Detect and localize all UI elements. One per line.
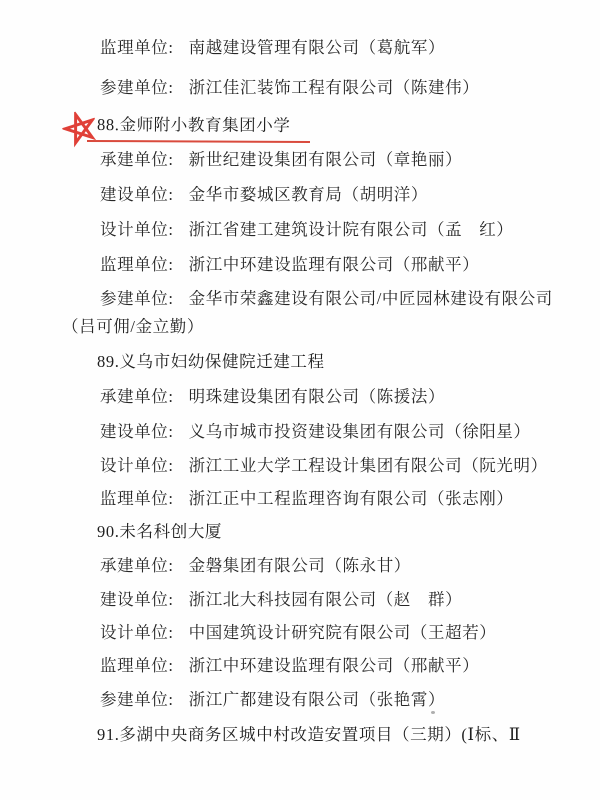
unit-label: 设计单位:: [100, 220, 174, 239]
continuation-line: （吕可佣/金立勤）: [62, 314, 204, 340]
unit-field-row: 承建单位:新世纪建设集团有限公司（章艳丽）: [100, 147, 462, 173]
unit-value: 明珠建设集团有限公司（陈援法）: [189, 387, 446, 406]
unit-field-row: 设计单位:浙江省建工建筑设计院有限公司（孟 红）: [100, 217, 514, 243]
unit-field-row: 建设单位:浙江北大科技园有限公司（赵 群）: [100, 587, 462, 613]
unit-label: 监理单位:: [100, 656, 174, 675]
unit-value: 浙江广都建设有限公司（张艳霄）: [189, 690, 446, 709]
unit-field-row: 建设单位:金华市婺城区教育局（胡明洋）: [100, 182, 428, 208]
unit-field-row: 建设单位:义乌市城市投资建设集团有限公司（徐阳星）: [100, 419, 531, 445]
document-page: 监理单位:南越建设管理有限公司（葛航军） 参建单位:浙江佳汇装饰工程有限公司（陈…: [0, 0, 600, 800]
unit-field-row: 参建单位:金华市荣鑫建设有限公司/中匠园林建设有限公司: [100, 286, 553, 312]
unit-field-row: 监理单位:浙江正中工程监理咨询有限公司（张志刚）: [100, 486, 514, 512]
red-underlined-title: 88.金师附小教育集团小学: [87, 112, 311, 143]
unit-label: 建设单位:: [100, 590, 174, 609]
unit-label: 建设单位:: [100, 185, 174, 204]
unit-label: 参建单位:: [100, 690, 174, 709]
unit-value: 浙江中环建设监理有限公司（邢献平）: [189, 656, 480, 675]
unit-value: 金华市荣鑫建设有限公司/中匠园林建设有限公司: [189, 289, 553, 308]
unit-field-row: 参建单位:浙江广都建设有限公司（张艳霄）: [100, 687, 445, 713]
unit-label: 设计单位:: [100, 623, 174, 642]
unit-value: 中国建筑设计研究院有限公司（王超若）: [189, 623, 497, 642]
unit-value: 浙江北大科技园有限公司（赵 群）: [189, 590, 463, 609]
unit-value: 南越建设管理有限公司（葛航军）: [189, 38, 446, 57]
project-title-91: 91.多湖中央商务区城中村改造安置项目（三期）(Ⅰ标、Ⅱ: [97, 722, 521, 748]
unit-field-row: 监理单位:浙江中环建设监理有限公司（邢献平）: [100, 653, 479, 679]
unit-label: 承建单位:: [100, 387, 174, 406]
unit-label: 监理单位:: [100, 255, 174, 274]
unit-field-row: 承建单位:金磐集团有限公司（陈永甘）: [100, 553, 411, 579]
unit-field-row: 参建单位:浙江佳汇装饰工程有限公司（陈建伟）: [100, 75, 479, 101]
project-title-90: 90.未名科创大厦: [97, 519, 222, 545]
unit-value: 金磐集团有限公司（陈永甘）: [189, 556, 411, 575]
unit-value: 金华市婺城区教育局（胡明洋）: [189, 185, 428, 204]
unit-value: 浙江正中工程监理咨询有限公司（张志刚）: [189, 489, 514, 508]
unit-value: 浙江省建工建筑设计院有限公司（孟 红）: [189, 220, 514, 239]
unit-field-row: 监理单位:南越建设管理有限公司（葛航军）: [100, 35, 445, 61]
unit-value: 浙江佳汇装饰工程有限公司（陈建伟）: [189, 78, 480, 97]
unit-label: 参建单位:: [100, 289, 174, 308]
unit-field-row: 承建单位:明珠建设集团有限公司（陈援法）: [100, 384, 445, 410]
unit-field-row: 设计单位:浙江工业大学工程设计集团有限公司（阮光明）: [100, 453, 548, 479]
unit-value: 浙江中环建设监理有限公司（邢献平）: [189, 255, 480, 274]
unit-value: 义乌市城市投资建设集团有限公司（徐阳星）: [189, 422, 531, 441]
unit-label: 监理单位:: [100, 38, 174, 57]
unit-label: 承建单位:: [100, 556, 174, 575]
project-title-88: 88.金师附小教育集团小学: [97, 112, 310, 138]
unit-label: 设计单位:: [100, 456, 174, 475]
unit-label: 建设单位:: [100, 422, 174, 441]
project-title-89: 89.义乌市妇幼保健院迁建工程: [97, 349, 325, 375]
unit-field-row: 设计单位:中国建筑设计研究院有限公司（王超若）: [100, 620, 496, 646]
unit-value: 浙江工业大学工程设计集团有限公司（阮光明）: [189, 456, 548, 475]
unit-field-row: 监理单位:浙江中环建设监理有限公司（邢献平）: [100, 252, 479, 278]
unit-label: 承建单位:: [100, 150, 174, 169]
unit-value: 新世纪建设集团有限公司（章艳丽）: [189, 150, 463, 169]
unit-label: 参建单位:: [100, 78, 174, 97]
scan-speck: [431, 711, 435, 714]
unit-label: 监理单位:: [100, 489, 174, 508]
